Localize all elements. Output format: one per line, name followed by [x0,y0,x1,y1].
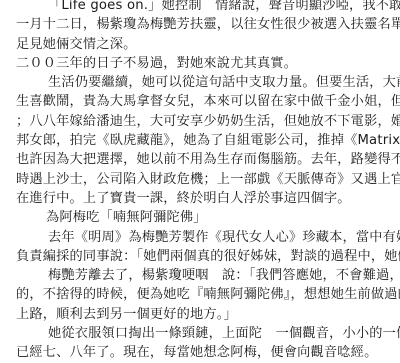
text-line: 「Life goes on.」她控制 情緒說，聲音明顯沙啞，我不敢問她哭了多少次… [16,0,400,15]
text-line: 足見她倆交情之深。 [16,35,400,54]
document-page: 「Life goes on.」她控制 情緒說，聲音明顯沙啞，我不敢問她哭了多少次… [16,0,400,363]
section-heading: 為阿梅吃「喃無阿彌陀佛」 [16,208,400,227]
text-line: 生活仍要繼續，她可以從這句話中支取力量。但要生活，大前提是生存。楊紫瓊天 [16,73,400,92]
text-line: 生喜歡鬧，貴為大馬拿督女兒，本來可以留在家中做千金小姐，但她偏選擇來港做打女 [16,92,400,111]
text-line: 已經七、八年了。現在，每當她想念阿梅，便會向觀音唸經。 [16,343,400,362]
text-line: 去年《明周》為梅艷芳製作《現代女人心》珍藏本，當中有她和楊紫瓊的真情對話， [16,228,400,247]
text-line: 梅艷芳離去了，楊紫瓊哽咽 說：「我們答應她，不會難過，不捨得她，這是一定 [16,266,400,285]
text-line: 邦女郎，拍完《臥虎藏龍》，她為了自組電影公司，推掉《Matrix》第二、三集片約… [16,131,400,150]
text-line: 一月十二日，楊紫瓊為梅艷芳扶靈，以往女性很少被選入扶靈名單，這是破例的做法， [16,15,400,34]
text-line: 也許因為大把選擇，她以前不用為生存而傷腦筋。去年，路變得不易走了，拍《飛鷹》 [16,150,400,169]
text-line: 負責編採的同事說：「她們兩個真的很好姊妹，對談的過程中，她們一直手拖手。」 [16,247,400,266]
text-line: 上路，順利去到另一個更好的地方。」 [16,305,400,324]
text-line: 時遇上沙士，公司陷入財政危機；上一部戲《天脈傳奇》又遇上官非，在美國的訴訟仍 [16,170,400,189]
text-line: 二００三年的日子不易過，對她來說尤其真實。 [16,54,400,73]
text-line: ；八八年嫁給潘迪生，大可安享少奶奶生活，但她放不下電影，婚姻維持了三年；做完 [16,112,400,131]
text-line: 她從衣服領口掏出一條頸鏈，上面陀 一個觀音，小小的一個金菩薩，她帶在身邊 [16,324,400,343]
text-line: 在進行中。上了寶貴一課，終於明白人浮於事這四個字。 [16,189,400,208]
text-line: 的，不捨得的時候，便為她吃『喃無阿彌陀佛』，想想她生前做過的好事，我只想她平安 [16,285,400,304]
